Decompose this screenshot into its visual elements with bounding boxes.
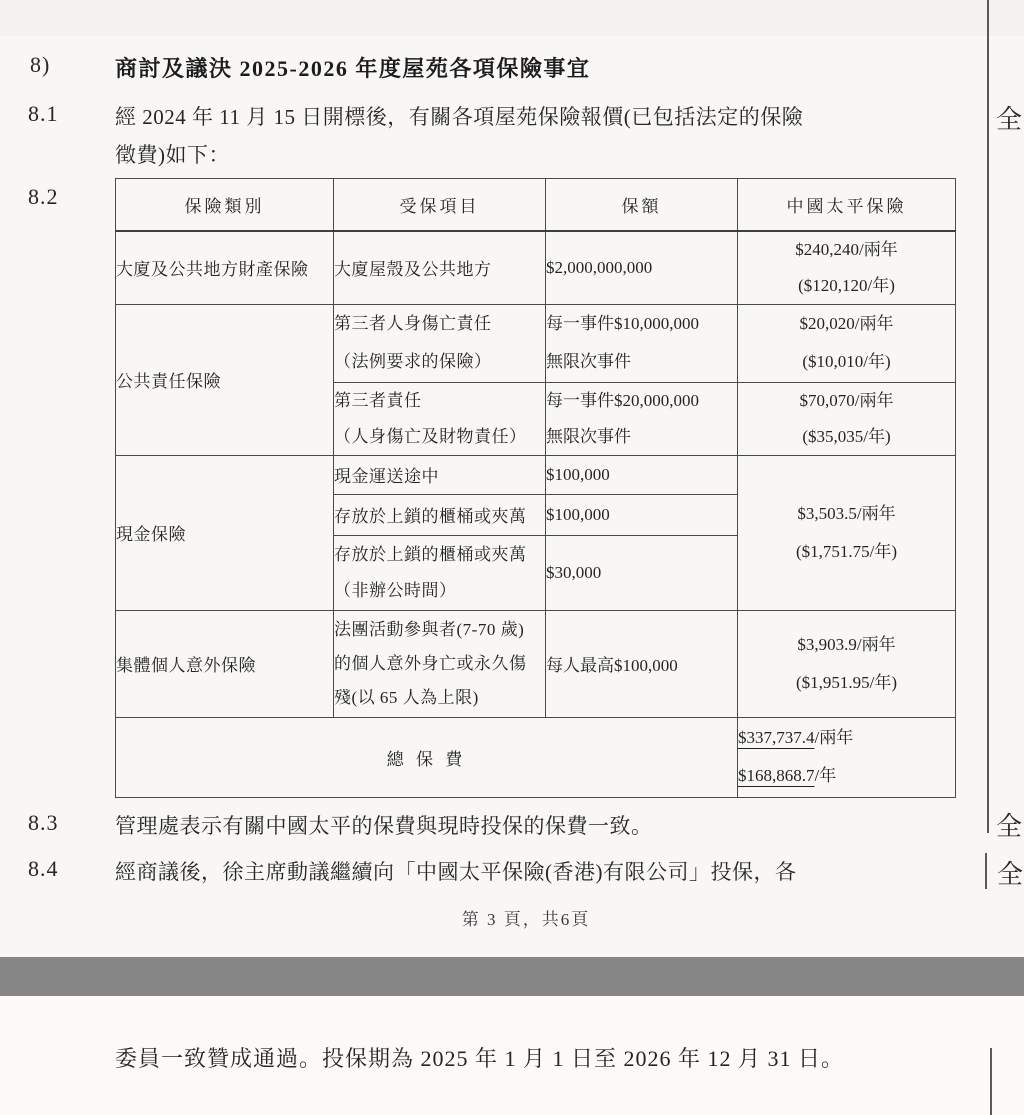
total-suffix-annual: /年 xyxy=(815,766,837,785)
accident-item-line3: 殘(以 65 人為上限) xyxy=(334,681,545,715)
margin-mark-2: 全 xyxy=(996,806,1022,843)
page-separator-bar xyxy=(0,957,1024,996)
liability1-premium-line1: $20,020/兩年 xyxy=(738,305,955,343)
item-8-2-number: 8.2 xyxy=(28,184,59,210)
cash-premium-line2: ($1,751.75/年) xyxy=(738,533,955,571)
cash2-amount: $100,000 xyxy=(546,494,738,535)
liability-category: 公共責任保險 xyxy=(116,304,334,455)
building-premium: $240,240/兩年 ($120,120/年) xyxy=(738,231,956,305)
accident-item: 法團活動參與者(7-70 歲) 的個人意外身亡或永久傷 殘(以 65 人為上限) xyxy=(334,610,546,717)
page-footer: 第 3 頁，共6頁 xyxy=(0,905,1024,930)
liability2-amount: 每一事件$20,000,000 無限次事件 xyxy=(546,382,738,455)
cash-premium: $3,503.5/兩年 ($1,751.75/年) xyxy=(738,455,956,610)
liability1-item-line2: （法例要求的保險） xyxy=(334,343,545,381)
total-amount-biennial: $337,737.4 xyxy=(738,728,815,747)
liability1-premium: $20,020/兩年 ($10,010/年) xyxy=(738,304,956,382)
accident-item-line2: 的個人意外身亡或永久傷 xyxy=(334,647,545,681)
continuation-text: 委員一致贊成通過。投保期為 2025 年 1 月 1 日至 2026 年 12 … xyxy=(115,1042,844,1073)
item-8-3-text: 管理處表示有關中國太平的保費與現時投保的保費一致。 xyxy=(115,810,653,840)
accident-item-line1: 法團活動參與者(7-70 歲) xyxy=(334,613,545,647)
accident-premium: $3,903.9/兩年 ($1,951.95/年) xyxy=(738,610,956,717)
margin-vertical-line-top xyxy=(987,0,989,833)
header-sum-insured: 保額 xyxy=(546,179,738,231)
liability1-premium-line2: ($10,010/年) xyxy=(738,343,955,381)
margin-mark-1: 全 xyxy=(996,99,1022,136)
header-insured-item: 受保項目 xyxy=(334,179,546,231)
table-row-accident: 集體個人意外保險 法團活動參與者(7-70 歲) 的個人意外身亡或永久傷 殘(以… xyxy=(116,610,956,717)
header-insurer: 中國太平保險 xyxy=(738,179,956,231)
table-row-liability-1: 公共責任保險 第三者人身傷亡責任 （法例要求的保險） 每一事件$10,000,0… xyxy=(116,304,956,382)
liability2-premium-line1: $70,070/兩年 xyxy=(738,383,955,419)
insurance-table: 保險類別 受保項目 保額 中國太平保險 大廈及公共地方財產保險 大廈屋殼及公共地… xyxy=(115,178,956,798)
item-8-4-text: 經商議後，徐主席動議繼續向「中國太平保險(香港)有限公司」投保，各 xyxy=(115,856,796,886)
item-8-1-line1: 經 2024 年 11 月 15 日開標後，有關各項屋苑保險報價(已包括法定的保… xyxy=(115,101,803,131)
cash1-item: 現金運送途中 xyxy=(334,455,546,494)
building-premium-line1: $240,240/兩年 xyxy=(738,232,955,268)
total-amount-annual: $168,868.7 xyxy=(738,766,815,785)
item-8-3-number: 8.3 xyxy=(28,810,59,836)
liability2-item: 第三者責任 （人身傷亡及財物責任） xyxy=(334,382,546,455)
cash3-item-line2: （非辦公時間） xyxy=(334,573,545,609)
liability1-item: 第三者人身傷亡責任 （法例要求的保險） xyxy=(334,304,546,382)
document-page: 8) 商討及議決 2025-2026 年度屋苑各項保險事宜 8.1 經 2024… xyxy=(0,0,1024,1115)
liability2-item-line2: （人身傷亡及財物責任） xyxy=(334,419,545,455)
table-row-cash-1: 現金保險 現金運送途中 $100,000 $3,503.5/兩年 ($1,751… xyxy=(116,455,956,494)
building-amount: $2,000,000,000 xyxy=(546,231,738,305)
scan-top-strip xyxy=(0,0,1024,36)
building-premium-line2: ($120,120/年) xyxy=(738,268,955,304)
liability2-item-line1: 第三者責任 xyxy=(334,383,545,419)
accident-category: 集體個人意外保險 xyxy=(116,610,334,717)
building-item: 大廈屋殼及公共地方 xyxy=(334,231,546,305)
accident-premium-line1: $3,903.9/兩年 xyxy=(738,626,955,664)
section-title: 商討及議決 2025-2026 年度屋苑各項保險事宜 xyxy=(115,52,590,83)
header-insurance-type: 保險類別 xyxy=(116,179,334,231)
liability1-amount-line2: 無限次事件 xyxy=(546,343,737,381)
margin-vertical-line-mid xyxy=(985,853,987,889)
accident-premium-line2: ($1,951.95/年) xyxy=(738,664,955,702)
liability1-amount-line1: 每一事件$10,000,000 xyxy=(546,305,737,343)
liability2-premium-line2: ($35,035/年) xyxy=(738,419,955,455)
margin-mark-3: 全 xyxy=(997,854,1023,891)
cash3-item: 存放於上鎖的櫃桶或夾萬 （非辦公時間） xyxy=(334,535,546,610)
section-number: 8) xyxy=(30,52,50,78)
liability2-premium: $70,070/兩年 ($35,035/年) xyxy=(738,382,956,455)
cash2-item: 存放於上鎖的櫃桶或夾萬 xyxy=(334,494,546,535)
item-8-1-line2: 徵費)如下： xyxy=(115,139,230,169)
accident-amount: 每人最高$100,000 xyxy=(546,610,738,717)
total-premium: $337,737.4/兩年 $168,868.7/年 xyxy=(738,717,956,797)
cash3-amount: $30,000 xyxy=(546,535,738,610)
table-row-building: 大廈及公共地方財產保險 大廈屋殼及公共地方 $2,000,000,000 $24… xyxy=(116,231,956,305)
total-premium-line2: $168,868.7/年 xyxy=(738,757,955,795)
liability2-amount-line1: 每一事件$20,000,000 xyxy=(546,383,737,419)
building-category: 大廈及公共地方財產保險 xyxy=(116,231,334,305)
total-premium-line1: $337,737.4/兩年 xyxy=(738,719,955,757)
cash-category: 現金保險 xyxy=(116,455,334,610)
cash-premium-line1: $3,503.5/兩年 xyxy=(738,495,955,533)
margin-vertical-line-bottom xyxy=(990,1048,992,1115)
cash3-item-line1: 存放於上鎖的櫃桶或夾萬 xyxy=(334,537,545,573)
table-row-total: 總 保 費 $337,737.4/兩年 $168,868.7/年 xyxy=(116,717,956,797)
liability1-item-line1: 第三者人身傷亡責任 xyxy=(334,305,545,343)
total-suffix-biennial: /兩年 xyxy=(815,728,854,747)
liability2-amount-line2: 無限次事件 xyxy=(546,419,737,455)
total-label: 總 保 費 xyxy=(116,717,738,797)
cash1-amount: $100,000 xyxy=(546,455,738,494)
liability1-amount: 每一事件$10,000,000 無限次事件 xyxy=(546,304,738,382)
item-8-1-number: 8.1 xyxy=(28,101,59,127)
table-header-row: 保險類別 受保項目 保額 中國太平保險 xyxy=(116,179,956,231)
insurance-table-wrapper: 保險類別 受保項目 保額 中國太平保險 大廈及公共地方財產保險 大廈屋殼及公共地… xyxy=(115,178,956,798)
item-8-4-number: 8.4 xyxy=(28,856,59,882)
